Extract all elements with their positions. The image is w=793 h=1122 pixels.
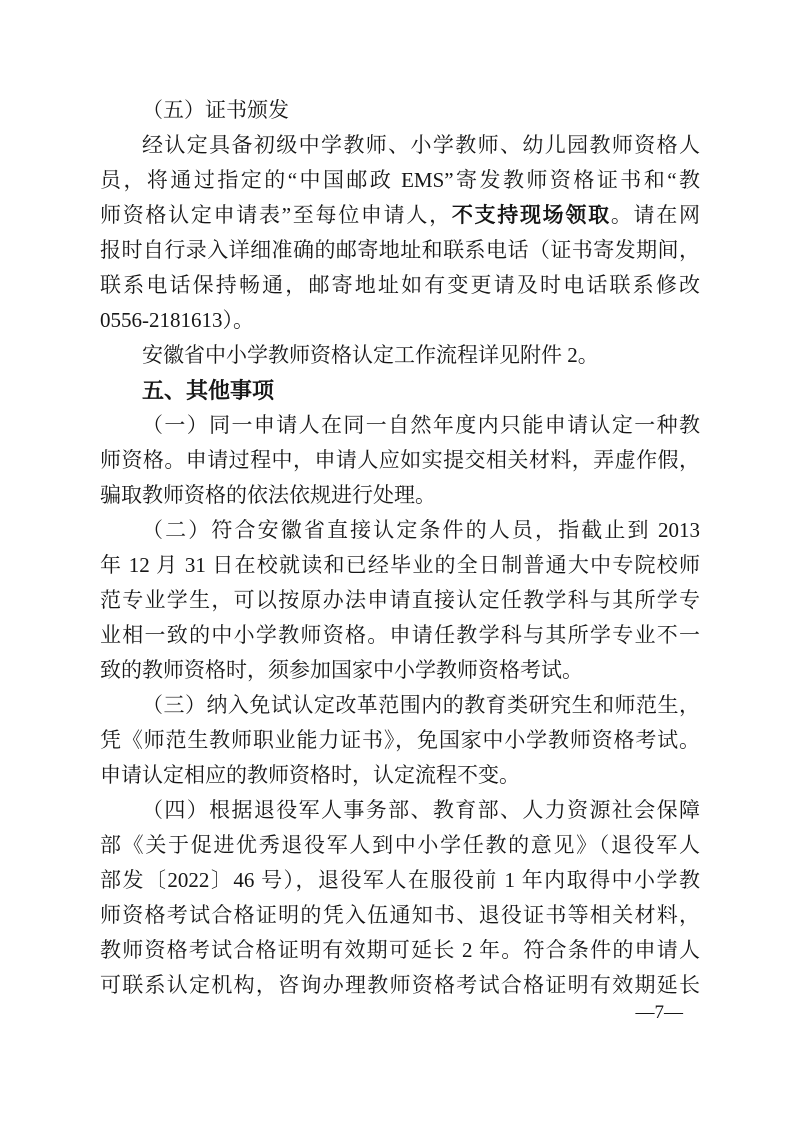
text-line: 业相一致的中小学教师资格。申请任教学科与其所学专业不一 [100, 618, 700, 653]
text-segment: （四）根据退役军人事务部、教育部、人力资源社会保障 [142, 798, 700, 822]
text-segment: 业相一致的中小学教师资格。申请任教学科与其所学专业不一 [100, 623, 700, 647]
text-line: 师资格认定申请表”至每位申请人，不支持现场领取。请在网 [100, 198, 700, 233]
text-line: （一）同一申请人在同一自然年度内只能申请认定一种教 [100, 408, 700, 443]
document-page: （五）证书颁发经认定具备初级中学教师、小学教师、幼儿园教师资格人员，将通过指定的… [0, 0, 793, 1122]
text-line: 范专业学生，可以按原办法申请直接认定任教学科与其所学专 [100, 583, 700, 618]
text-line: 师资格考试合格证明的凭入伍通知书、退役证书等相关材料， [100, 898, 700, 933]
text-segment: 安徽省中小学教师资格认定工作流程详见附件 2。 [142, 343, 599, 367]
text-segment: （一）同一申请人在同一自然年度内只能申请认定一种教 [142, 413, 700, 437]
text-line: （四）根据退役军人事务部、教育部、人力资源社会保障 [100, 793, 700, 828]
text-segment: 可联系认定机构，咨询办理教师资格考试合格证明有效期延长 [100, 973, 700, 997]
text-segment: 凭《师范生教师职业能力证书》，免国家中小学教师资格考试。 [100, 728, 700, 752]
text-segment: 教师资格考试合格证明有效期可延长 2 年。符合条件的申请人 [100, 938, 700, 962]
emphasis-text: 不支持现场领取 [452, 204, 611, 227]
emphasis-text: 五、其他事项 [142, 378, 274, 403]
text-segment: 年 12 月 31 日在校就读和已经毕业的全日制普通大中专院校师 [100, 553, 700, 577]
text-line: 部发〔2022〕46 号），退役军人在服役前 1 年内取得中小学教 [100, 863, 700, 898]
page-number: —7— [636, 1000, 684, 1026]
text-segment: 师资格认定申请表”至每位申请人， [100, 203, 452, 227]
text-line: 师资格。申请过程中，申请人应如实提交相关材料，弄虚作假， [100, 443, 700, 478]
text-line: 年 12 月 31 日在校就读和已经毕业的全日制普通大中专院校师 [100, 548, 700, 583]
text-line: 部《关于促进优秀退役军人到中小学任教的意见》（退役军人 [100, 828, 700, 863]
text-line: （三）纳入免试认定改革范围内的教育类研究生和师范生， [100, 688, 700, 723]
text-line: 骗取教师资格的依法依规进行处理。 [100, 478, 700, 513]
text-segment: 员，将通过指定的“中国邮政 EMS”寄发教师资格证书和“教 [100, 168, 700, 192]
text-line: （五）证书颁发 [100, 93, 700, 128]
text-segment: 师资格考试合格证明的凭入伍通知书、退役证书等相关材料， [100, 903, 700, 927]
text-segment: （三）纳入免试认定改革范围内的教育类研究生和师范生， [142, 693, 700, 717]
text-segment: （二）符合安徽省直接认定条件的人员，指截止到 2013 [142, 518, 700, 542]
text-line: 教师资格考试合格证明有效期可延长 2 年。符合条件的申请人 [100, 933, 700, 968]
text-line: 凭《师范生教师职业能力证书》，免国家中小学教师资格考试。 [100, 723, 700, 758]
section-heading: 五、其他事项 [100, 373, 700, 408]
text-line: 经认定具备初级中学教师、小学教师、幼儿园教师资格人 [100, 128, 700, 163]
text-line: 员，将通过指定的“中国邮政 EMS”寄发教师资格证书和“教 [100, 163, 700, 198]
text-line: 联系电话保持畅通，邮寄地址如有变更请及时电话联系修改 [100, 268, 700, 303]
text-segment: 师资格。申请过程中，申请人应如实提交相关材料，弄虚作假， [100, 448, 700, 472]
text-line: 可联系认定机构，咨询办理教师资格考试合格证明有效期延长 [100, 968, 700, 1003]
text-segment: 骗取教师资格的依法依规进行处理。 [100, 483, 436, 507]
text-line: 报时自行录入详细准确的邮寄地址和联系电话（证书寄发期间， [100, 233, 700, 268]
text-segment: 报时自行录入详细准确的邮寄地址和联系电话（证书寄发期间， [100, 238, 700, 262]
text-segment: 0556-2181613）。 [100, 308, 254, 332]
text-segment: 。请在网 [611, 203, 700, 227]
text-segment: 范专业学生，可以按原办法申请直接认定任教学科与其所学专 [100, 588, 700, 612]
text-line: （二）符合安徽省直接认定条件的人员，指截止到 2013 [100, 513, 700, 548]
text-segment: 部《关于促进优秀退役军人到中小学任教的意见》（退役军人 [100, 833, 700, 857]
text-segment: （五）证书颁发 [142, 98, 289, 122]
text-segment: 申请认定相应的教师资格时，认定流程不变。 [100, 763, 520, 787]
document-body: （五）证书颁发经认定具备初级中学教师、小学教师、幼儿园教师资格人员，将通过指定的… [100, 93, 700, 1003]
text-line: 安徽省中小学教师资格认定工作流程详见附件 2。 [100, 338, 700, 373]
text-line: 申请认定相应的教师资格时，认定流程不变。 [100, 758, 700, 793]
text-segment: 部发〔2022〕46 号），退役军人在服役前 1 年内取得中小学教 [100, 868, 700, 892]
text-segment: 经认定具备初级中学教师、小学教师、幼儿园教师资格人 [142, 133, 700, 157]
text-segment: 致的教师资格时，须参加国家中小学教师资格考试。 [100, 658, 583, 682]
text-line: 0556-2181613）。 [100, 303, 700, 338]
text-line: 致的教师资格时，须参加国家中小学教师资格考试。 [100, 653, 700, 688]
text-segment: 联系电话保持畅通，邮寄地址如有变更请及时电话联系修改 [100, 273, 700, 297]
